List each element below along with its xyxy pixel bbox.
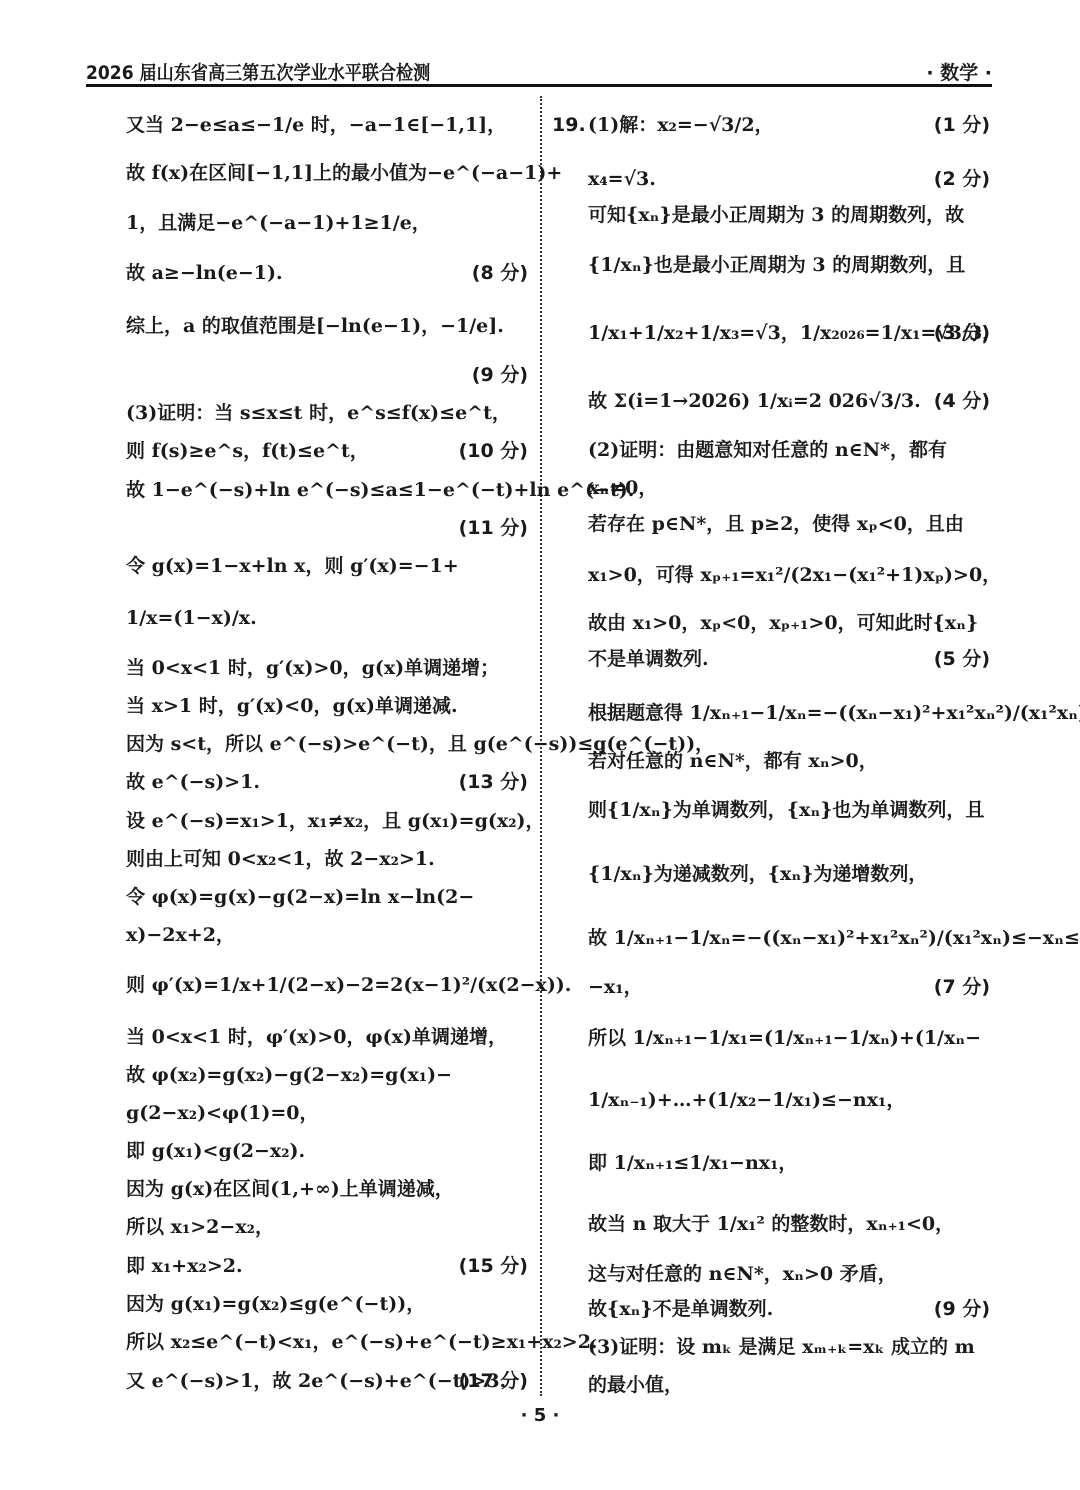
text-line: 故 Σ(i=1→2026) 1/xᵢ=2 026√3/3. (588, 388, 921, 414)
text-line: 故由 x₁>0，xₚ<0，xₚ₊₁>0，可知此时{xₙ} (588, 610, 978, 636)
text-line: 又 e^(−s)>1，故 2e^(−s)+e^(−t)>3. (126, 1368, 506, 1394)
score-mark: (15 分) (459, 1253, 528, 1279)
text-line: 这与对任意的 n∈N*，xₙ>0 矛盾， (588, 1261, 897, 1287)
text-line: 综上，a 的取值范围是[−ln(e−1)，−1/e]. (126, 313, 504, 339)
score-mark: (1 分) (934, 112, 990, 138)
text-line: x)−2x+2， (126, 922, 235, 948)
text-line: 则由上可知 0<x₂<1，故 2−x₂>1. (126, 846, 435, 872)
text-line: 故 e^(−s)>1. (126, 769, 260, 795)
score-mark: (17 分) (459, 1368, 528, 1394)
text-line: 故 1/xₙ₊₁−1/xₙ=−((xₙ−x₁)²+x₁²xₙ²)/(x₁²xₙ)… (588, 925, 1080, 951)
text-line: x₄=√3. (588, 166, 656, 192)
text-line: 的最小值， (588, 1372, 683, 1398)
text-line: (2)证明：由题意知对任意的 n∈N*，都有 (588, 437, 947, 463)
score-mark: (11 分) (459, 515, 528, 541)
text-line: 故当 n 取大于 1/x₁² 的整数时，xₙ₊₁<0， (588, 1211, 954, 1237)
text-line: (3)证明：设 mₖ 是满足 xₘ₊ₖ=xₖ 成立的 m (588, 1334, 975, 1360)
text-line: 若对任意的 n∈N*，都有 xₙ>0， (588, 748, 878, 774)
score-mark: (13 分) (459, 769, 528, 795)
text-line: 不是单调数列. (588, 646, 709, 672)
exam-title: 2026 届山东省高三第五次学业水平联合检测 (86, 58, 430, 85)
text-line: 故{xₙ}不是单调数列. (588, 1296, 773, 1322)
text-line: −x₁， (588, 974, 643, 1000)
text-line: 又当 2−e≤a≤−1/e 时，−a−1∈[−1,1]， (126, 112, 506, 138)
page-number: · 5 · (0, 1405, 1080, 1426)
text-line: 1/x=(1−x)/x. (126, 605, 257, 631)
text-line: 因为 g(x)在区间(1,+∞)上单调递减， (126, 1176, 454, 1202)
text-line: 1，且满足−e^(−a−1)+1≥1/e， (126, 210, 431, 236)
text-line: 因为 g(x₁)=g(x₂)≤g(e^(−t))， (126, 1291, 425, 1317)
text-line: {1/xₙ}为递减数列，{xₙ}为递增数列， (588, 861, 927, 887)
text-line: 则 f(s)≥e^s，f(t)≤e^t， (126, 438, 369, 464)
score-mark: (10 分) (459, 438, 528, 464)
score-mark: (7 分) (934, 974, 990, 1000)
score-mark: (9 分) (934, 1296, 990, 1322)
text-line: 根据题意得 1/xₙ₊₁−1/xₙ=−((xₙ−x₁)²+x₁²xₙ²)/(x₁… (588, 700, 1080, 726)
text-line: x₁>0，可得 xₚ₊₁=x₁²/(2x₁−(x₁²+1)xₚ)>0， (588, 562, 1001, 588)
text-line: 令 φ(x)=g(x)−g(2−x)=ln x−ln(2− (126, 884, 474, 910)
text-line: 所以 x₁>2−x₂， (126, 1214, 274, 1240)
text-line: (1)解：x₂=−√3/2， (588, 112, 774, 138)
score-mark: (4 分) (934, 388, 990, 414)
text-line: 故 a≥−ln(e−1). (126, 260, 283, 286)
text-line: 当 0<x<1 时，φ′(x)>0，φ(x)单调递增， (126, 1024, 507, 1050)
text-line: 故 φ(x₂)=g(x₂)−g(2−x₂)=g(x₁)− (126, 1062, 452, 1088)
text-line: 则{1/xₙ}为单调数列，{xₙ}也为单调数列，且 (588, 797, 984, 823)
text-line: 当 0<x<1 时，g′(x)>0，g(x)单调递增； (126, 655, 499, 681)
score-mark: (5 分) (934, 646, 990, 672)
text-line: g(2−x₂)<φ(1)=0， (126, 1100, 319, 1126)
text-line: (3)证明：当 s≤x≤t 时，e^s≤f(x)≤e^t， (126, 400, 511, 426)
score-mark: (9 分) (472, 362, 528, 388)
score-mark: (8 分) (472, 260, 528, 286)
text-line: xₙ≠0， (588, 475, 657, 501)
text-line: 设 e^(−s)=x₁>1，x₁≠x₂，且 g(x₁)=g(x₂)， (126, 808, 545, 834)
subject-label: · 数学 · (926, 58, 992, 85)
text-line: 则 φ′(x)=1/x+1/(2−x)−2=2(x−1)²/(x(2−x)). (126, 972, 571, 998)
text-line: 当 x>1 时，g′(x)<0，g(x)单调递减. (126, 693, 458, 719)
text-line: 1/xₙ₋₁)+…+(1/x₂−1/x₁)≤−nx₁， (588, 1087, 905, 1113)
text-line: 故 f(x)在区间[−1,1]上的最小值为−e^(−a−1)+ (126, 160, 562, 186)
text-line: 若存在 p∈N*，且 p≥2，使得 xₚ<0，且由 (588, 511, 964, 537)
score-mark: (3 分) (934, 320, 990, 346)
text-line: 所以 x₂≤e^(−t)<x₁，e^(−s)+e^(−t)≥x₁+x₂>2. (126, 1329, 598, 1355)
text-line: 故 1−e^(−s)+ln e^(−s)≤a≤1−e^(−t)+ln e^(−t… (126, 477, 634, 503)
text-line: 令 g(x)=1−x+ln x，则 g′(x)=−1+ (126, 553, 459, 579)
score-mark: (2 分) (934, 166, 990, 192)
header-rule (86, 84, 992, 87)
text-line: 所以 1/xₙ₊₁−1/x₁=(1/xₙ₊₁−1/xₙ)+(1/xₙ− (588, 1025, 981, 1051)
question-number: 19. (552, 112, 586, 138)
text-line: 可知{xₙ}是最小正周期为 3 的周期数列，故 (588, 202, 964, 228)
text-line: {1/xₙ}也是最小正周期为 3 的周期数列，且 (588, 252, 965, 278)
page-header: 2026 届山东省高三第五次学业水平联合检测 · 数学 · (86, 58, 992, 86)
text-line: 即 x₁+x₂>2. (126, 1253, 243, 1279)
text-line: 即 g(x₁)<g(2−x₂). (126, 1138, 305, 1164)
text-line: 即 1/xₙ₊₁≤1/x₁−nx₁， (588, 1150, 797, 1176)
